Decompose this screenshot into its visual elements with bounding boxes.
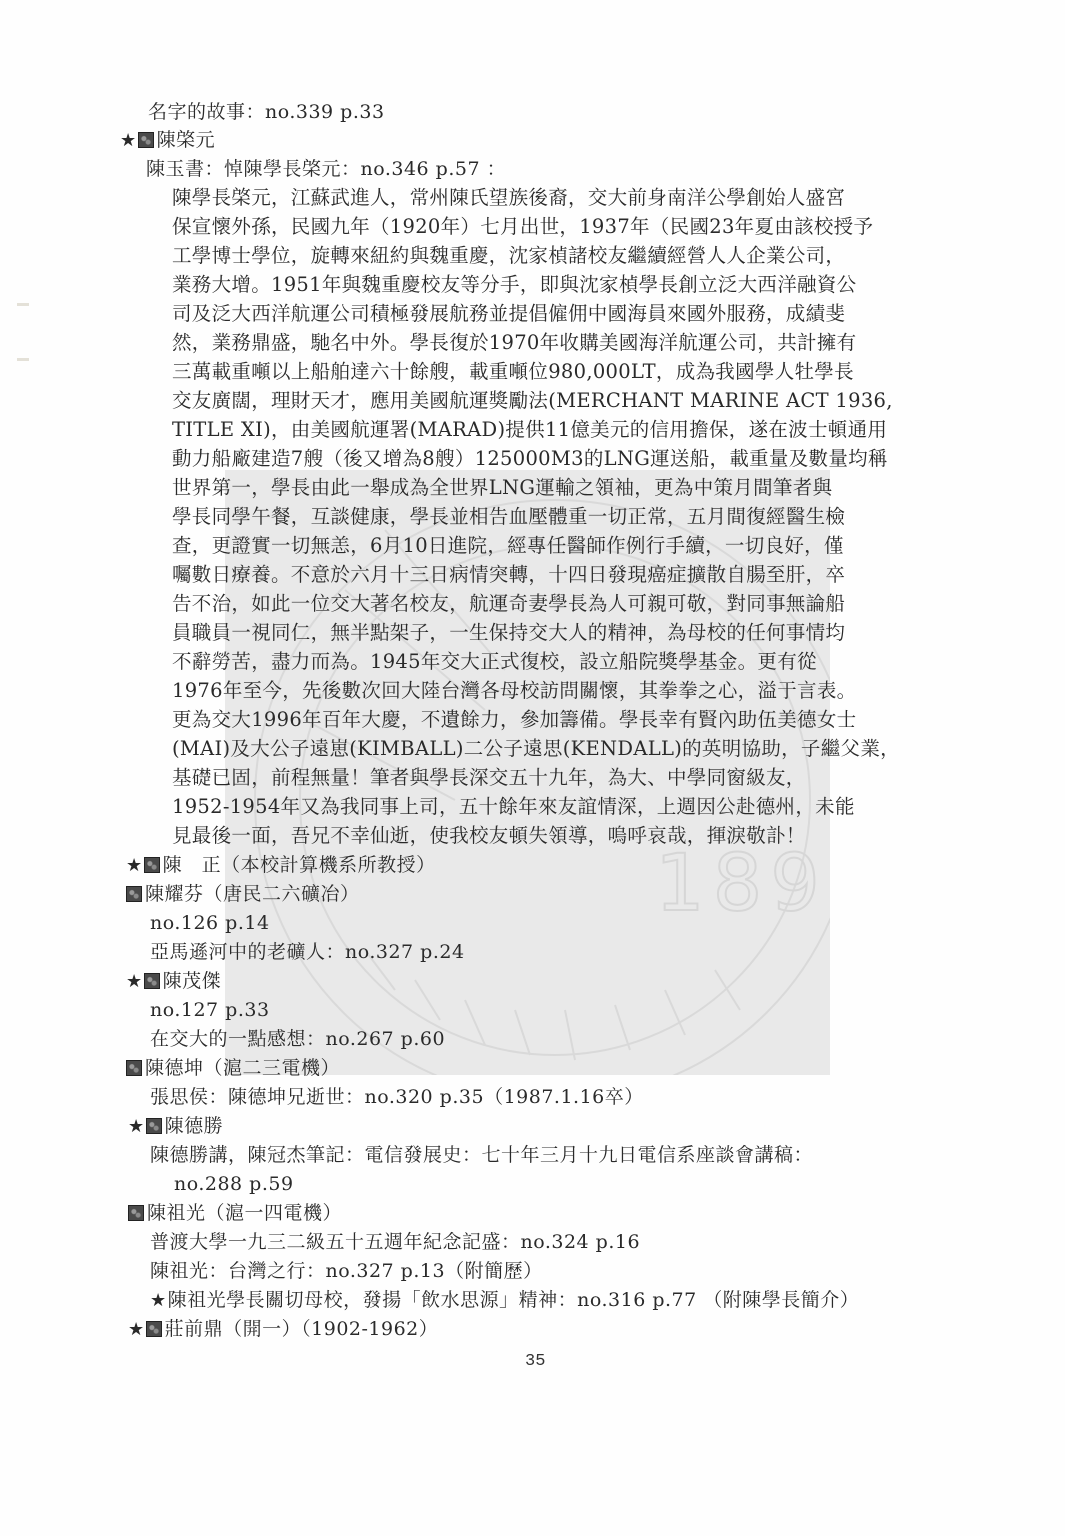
index-entry-line: 動力船廠建造7艘（後又增為8艘）125000M3的LNG運送船，載重量及數量均稱 [172, 447, 888, 471]
line-text: 三萬載重噸以上船舶達六十餘艘，載重噸位980,000LT，成為我國學人牡學長 [172, 360, 854, 383]
index-entry-line: 然，業務鼎盛，馳名中外。學長復於1970年收購美國海洋航運公司，共計擁有 [172, 331, 856, 355]
index-entry-line: 陳祖光：台灣之行：no.327 p.13（附簡歷） [150, 1259, 543, 1283]
line-text: 陳祖光學長關切母校，發揚「飲水思源」精神：no.316 p.77 （附陳學長簡介… [168, 1289, 860, 1311]
line-text: 陳德勝講，陳冠杰筆記：電信發展史：七十年三月十九日電信系座談會講稿： [150, 1144, 813, 1166]
index-entry-line: 普渡大學一九三二級五十五週年紀念記盛：no.324 p.16 [150, 1230, 640, 1254]
index-entry-line: 更為交大1996年百年大慶，不遺餘力，參加籌備。學長幸有賢內助伍美德女士 [172, 708, 856, 732]
line-text: 然，業務鼎盛，馳名中外。學長復於1970年收購美國海洋航運公司，共計擁有 [172, 331, 856, 354]
index-entry-line: 世界第一，學長由此一舉成為全世界LNG運輸之領袖，更為中策月間筆者與 [172, 476, 832, 500]
photo-seal-icon [146, 1321, 162, 1337]
index-entry-line: 張思侯：陳德坤兄逝世：no.320 p.35（1987.1.16卒） [150, 1085, 644, 1109]
star-icon: ★ [128, 1116, 145, 1137]
line-text: 陳學長棨元，江蘇武進人，常州陳氏望族後裔，交大前身南洋公學創始人盛宮 [172, 186, 845, 209]
line-text: 陳耀芬（唐民二六礦冶） [145, 883, 360, 905]
line-text: 查，更證實一切無恙，6月10日進院，經專任醫師作例行手續，一切良好，僅 [172, 534, 844, 557]
index-entry-line: 1952-1954年又為我同事上司，五十餘年來友誼情深，上週因公赴德州，未能 [172, 795, 855, 819]
index-entry-heading: ★陳德勝 [128, 1114, 223, 1139]
index-entry-line: (MAI)及大公子遠崽(KIMBALL)二公子遠思(KENDALL)的英明協助，… [172, 737, 900, 761]
star-icon: ★ [126, 855, 143, 876]
star-icon: ★ [120, 130, 137, 151]
index-entry-heading: ★莊前鼎（開一）（1902-1962） [128, 1317, 438, 1342]
index-entry-line: 學長同學午餐，互談健康，學長並相告血壓體重一切正常，五月間復經醫生檢 [172, 505, 845, 529]
index-entry-heading: ★陳祖光學長關切母校，發揚「飲水思源」精神：no.316 p.77 （附陳學長簡… [150, 1288, 859, 1313]
line-text: 學長同學午餐，互談健康，學長並相告血壓體重一切正常，五月間復經醫生檢 [172, 505, 845, 528]
index-entry-line: 三萬載重噸以上船舶達六十餘艘，載重噸位980,000LT，成為我國學人牡學長 [172, 360, 854, 384]
index-entry-line: 在交大的一點感想：no.267 p.60 [150, 1027, 445, 1051]
line-text: no.126 p.14 [150, 912, 270, 934]
document-page: 1896 名字的故事：no.339 p.33★陳棨元陳玉書：悼陳學長棨元：no.… [0, 0, 1065, 1536]
index-entry-line: no.127 p.33 [150, 998, 270, 1022]
index-entry-line: no.126 p.14 [150, 911, 270, 935]
line-text: 更為交大1996年百年大慶，不遺餘力，參加籌備。學長幸有賢內助伍美德女士 [172, 708, 856, 731]
star-icon: ★ [128, 1319, 145, 1340]
line-text: 業務大增。1951年與魏重慶校友等分手，即與沈家楨學長創立泛大西洋融資公 [172, 273, 856, 296]
line-text: 工學博士學位，旋轉來紐約與魏重慶，沈家楨諸校友繼續經營人人企業公司， [172, 244, 845, 267]
photo-seal-icon [138, 132, 154, 148]
line-text: 亞馬遜河中的老礦人：no.327 p.24 [150, 941, 465, 963]
star-icon: ★ [126, 971, 143, 992]
line-text: 莊前鼎（開一）（1902-1962） [165, 1318, 439, 1340]
index-entry-line: 業務大增。1951年與魏重慶校友等分手，即與沈家楨學長創立泛大西洋融資公 [172, 273, 856, 297]
index-entry-line: 陳德勝講，陳冠杰筆記：電信發展史：七十年三月十九日電信系座談會講稿： [150, 1143, 813, 1167]
line-text: 陳德勝 [165, 1115, 224, 1137]
index-entry-line: 司及泛大西洋航運公司積極發展航務並提倡僱佣中國海員來國外服務，成績斐 [172, 302, 845, 326]
index-entry-heading: 陳祖光（滬一四電機） [128, 1201, 342, 1225]
line-text: 基礎已固，前程無量！筆者與學長深交五十九年，為大、中學同窗級友， [172, 766, 806, 789]
line-text: 告不治，如此一位交大著名校友，航運奇妻學長為人可親可敬，對同事無論船 [172, 592, 845, 615]
index-entry-line: 告不治，如此一位交大著名校友，航運奇妻學長為人可親可敬，對同事無論船 [172, 592, 845, 616]
index-entry-line: 囑數日療養。不意於六月十三日病情突轉，十四日發現癌症擴散自腸至肝，卒 [172, 563, 845, 587]
index-entry-line: 陳學長棨元，江蘇武進人，常州陳氏望族後裔，交大前身南洋公學創始人盛宮 [172, 186, 845, 210]
photo-seal-icon [146, 1118, 162, 1134]
line-text: 員職員一視同仁，無半點架子，一生保持交大人的精神，為母校的任何事情均 [172, 621, 845, 644]
line-text: 見最後一面，吾兄不幸仙逝，使我校友頓失領導，嗚呼哀哉，揮淚敬訃！ [172, 824, 806, 847]
index-entry-heading: ★陳棨元 [120, 128, 215, 153]
photo-seal-icon [144, 973, 160, 989]
line-text: 陳玉書：悼陳學長棨元：no.346 p.57 ： [146, 158, 506, 180]
line-text: 張思侯：陳德坤兄逝世：no.320 p.35（1987.1.16卒） [150, 1086, 644, 1108]
line-text: 司及泛大西洋航運公司積極發展航務並提倡僱佣中國海員來國外服務，成績斐 [172, 302, 845, 325]
index-entry-line: 名字的故事：no.339 p.33 [148, 100, 385, 124]
index-entry-line: 亞馬遜河中的老礦人：no.327 p.24 [150, 940, 465, 964]
line-text: 陳茂傑 [163, 970, 222, 992]
photo-seal-icon [126, 886, 142, 902]
star-icon: ★ [150, 1290, 167, 1311]
index-entry-line: 基礎已固，前程無量！筆者與學長深交五十九年，為大、中學同窗級友， [172, 766, 806, 790]
page-number: 35 [525, 1352, 545, 1371]
line-text: 囑數日療養。不意於六月十三日病情突轉，十四日發現癌症擴散自腸至肝，卒 [172, 563, 845, 586]
line-text: 陳棨元 [157, 129, 216, 151]
line-text: 名字的故事：no.339 p.33 [148, 101, 385, 123]
index-entry-line: 工學博士學位，旋轉來紐約與魏重慶，沈家楨諸校友繼續經營人人企業公司， [172, 244, 845, 268]
line-text: 陳德坤（滬二三電機） [145, 1057, 340, 1079]
svg-text:1896: 1896 [655, 839, 830, 929]
index-entry-line: 不辭勞苦，盡力而為。1945年交大正式復校，設立船院獎學基金。更有從 [172, 650, 817, 674]
index-entry-line: 查，更證實一切無恙，6月10日進院，經專任醫師作例行手續，一切良好，僅 [172, 534, 844, 558]
index-entry-line: 見最後一面，吾兄不幸仙逝，使我校友頓失領導，嗚呼哀哉，揮淚敬訃！ [172, 824, 806, 848]
line-text: 在交大的一點感想：no.267 p.60 [150, 1028, 445, 1050]
index-entry-heading: 陳耀芬（唐民二六礦冶） [126, 882, 360, 906]
line-text: no.127 p.33 [150, 999, 270, 1021]
line-text: 普渡大學一九三二級五十五週年紀念記盛：no.324 p.16 [150, 1231, 640, 1253]
index-entry-heading: 陳德坤（滬二三電機） [126, 1056, 340, 1080]
line-text: 陳 正（本校計算機系所教授） [163, 854, 436, 876]
index-entry-line: 保宣懷外孫，民國九年（1920年）七月出世，1937年（民國23年夏由該校授予 [172, 215, 873, 239]
line-text: TITLE XI)，由美國航運署(MARAD)提供11億美元的信用擔保，遂在波士… [172, 418, 887, 441]
line-text: 保宣懷外孫，民國九年（1920年）七月出世，1937年（民國23年夏由該校授予 [172, 215, 873, 238]
punch-mark [17, 303, 29, 306]
line-text: 陳祖光（滬一四電機） [147, 1202, 342, 1224]
line-text: 陳祖光：台灣之行：no.327 p.13（附簡歷） [150, 1260, 543, 1282]
punch-mark [17, 358, 29, 361]
index-entry-heading: ★陳茂傑 [126, 969, 221, 994]
index-entry-line: 1976年至今，先後數次回大陸台灣各母校訪問關懷，其拳拳之心，溢于言表。 [172, 679, 856, 703]
line-text: (MAI)及大公子遠崽(KIMBALL)二公子遠思(KENDALL)的英明協助，… [172, 737, 900, 760]
photo-seal-icon [144, 857, 160, 873]
index-entry-line: 交友廣闊，理財天才，應用美國航運獎勵法(MERCHANT MARINE ACT … [172, 389, 893, 413]
photo-seal-icon [126, 1060, 142, 1076]
index-entry-line: TITLE XI)，由美國航運署(MARAD)提供11億美元的信用擔保，遂在波士… [172, 418, 887, 442]
index-entry-line: 員職員一視同仁，無半點架子，一生保持交大人的精神，為母校的任何事情均 [172, 621, 845, 645]
line-text: no.288 p.59 [174, 1173, 294, 1195]
line-text: 交友廣闊，理財天才，應用美國航運獎勵法(MERCHANT MARINE ACT … [172, 389, 893, 412]
line-text: 動力船廠建造7艘（後又增為8艘）125000M3的LNG運送船，載重量及數量均稱 [172, 447, 888, 470]
line-text: 1952-1954年又為我同事上司，五十餘年來友誼情深，上週因公赴德州，未能 [172, 795, 855, 818]
index-entry-line: 陳玉書：悼陳學長棨元：no.346 p.57 ： [146, 157, 506, 181]
line-text: 世界第一，學長由此一舉成為全世界LNG運輸之領袖，更為中策月間筆者與 [172, 476, 832, 499]
line-text: 1976年至今，先後數次回大陸台灣各母校訪問關懷，其拳拳之心，溢于言表。 [172, 679, 856, 702]
index-entry-heading: ★陳 正（本校計算機系所教授） [126, 853, 436, 878]
photo-seal-icon [128, 1205, 144, 1221]
line-text: 不辭勞苦，盡力而為。1945年交大正式復校，設立船院獎學基金。更有從 [172, 650, 817, 673]
index-entry-line: no.288 p.59 [174, 1172, 294, 1196]
